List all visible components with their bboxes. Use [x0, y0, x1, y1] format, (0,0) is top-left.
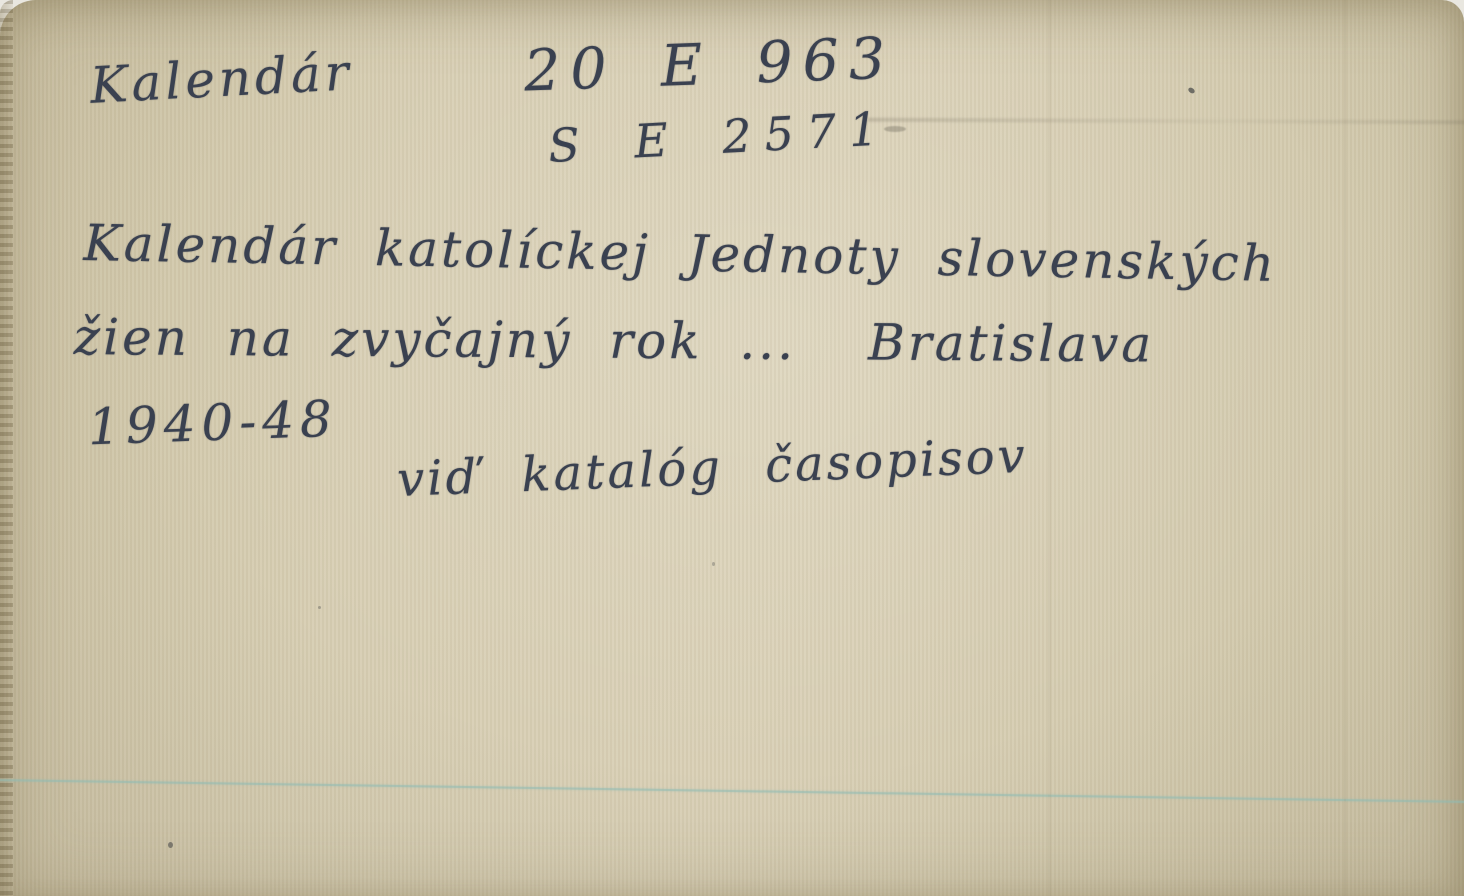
ink-speck	[712, 562, 715, 566]
cross-reference-note: viď katalóg časopisov	[396, 428, 1029, 508]
ink-speck	[318, 606, 321, 609]
bleed-through-line	[868, 118, 1464, 125]
entry-title-line2: žien na zvyčajný rok ...Bratislava	[74, 308, 1155, 374]
subject-heading: Kalendár	[89, 43, 354, 115]
ruled-line	[0, 779, 1464, 803]
ink-speck	[168, 842, 173, 848]
call-number-line1: 20 E 963	[523, 26, 896, 105]
paper-fiber-streak	[1344, 0, 1346, 896]
entry-title-line1: Kalendár katolíckej Jednoty slovenských	[83, 214, 1277, 293]
bleed-through-smudge	[884, 126, 906, 132]
ink-speck	[1187, 86, 1196, 94]
catalog-card: Kalendár 20 E 963 S E 2571 Kalendár kato…	[0, 0, 1464, 896]
entry-place: Bratislava	[868, 314, 1154, 374]
entry-years: 1940-48	[87, 390, 339, 457]
call-number-line2: S E 2571	[547, 101, 893, 173]
card-left-edge	[0, 0, 13, 896]
paper-fiber-streak	[1048, 0, 1051, 896]
entry-title-line2-text: žien na zvyčajný rok ...	[74, 308, 797, 371]
